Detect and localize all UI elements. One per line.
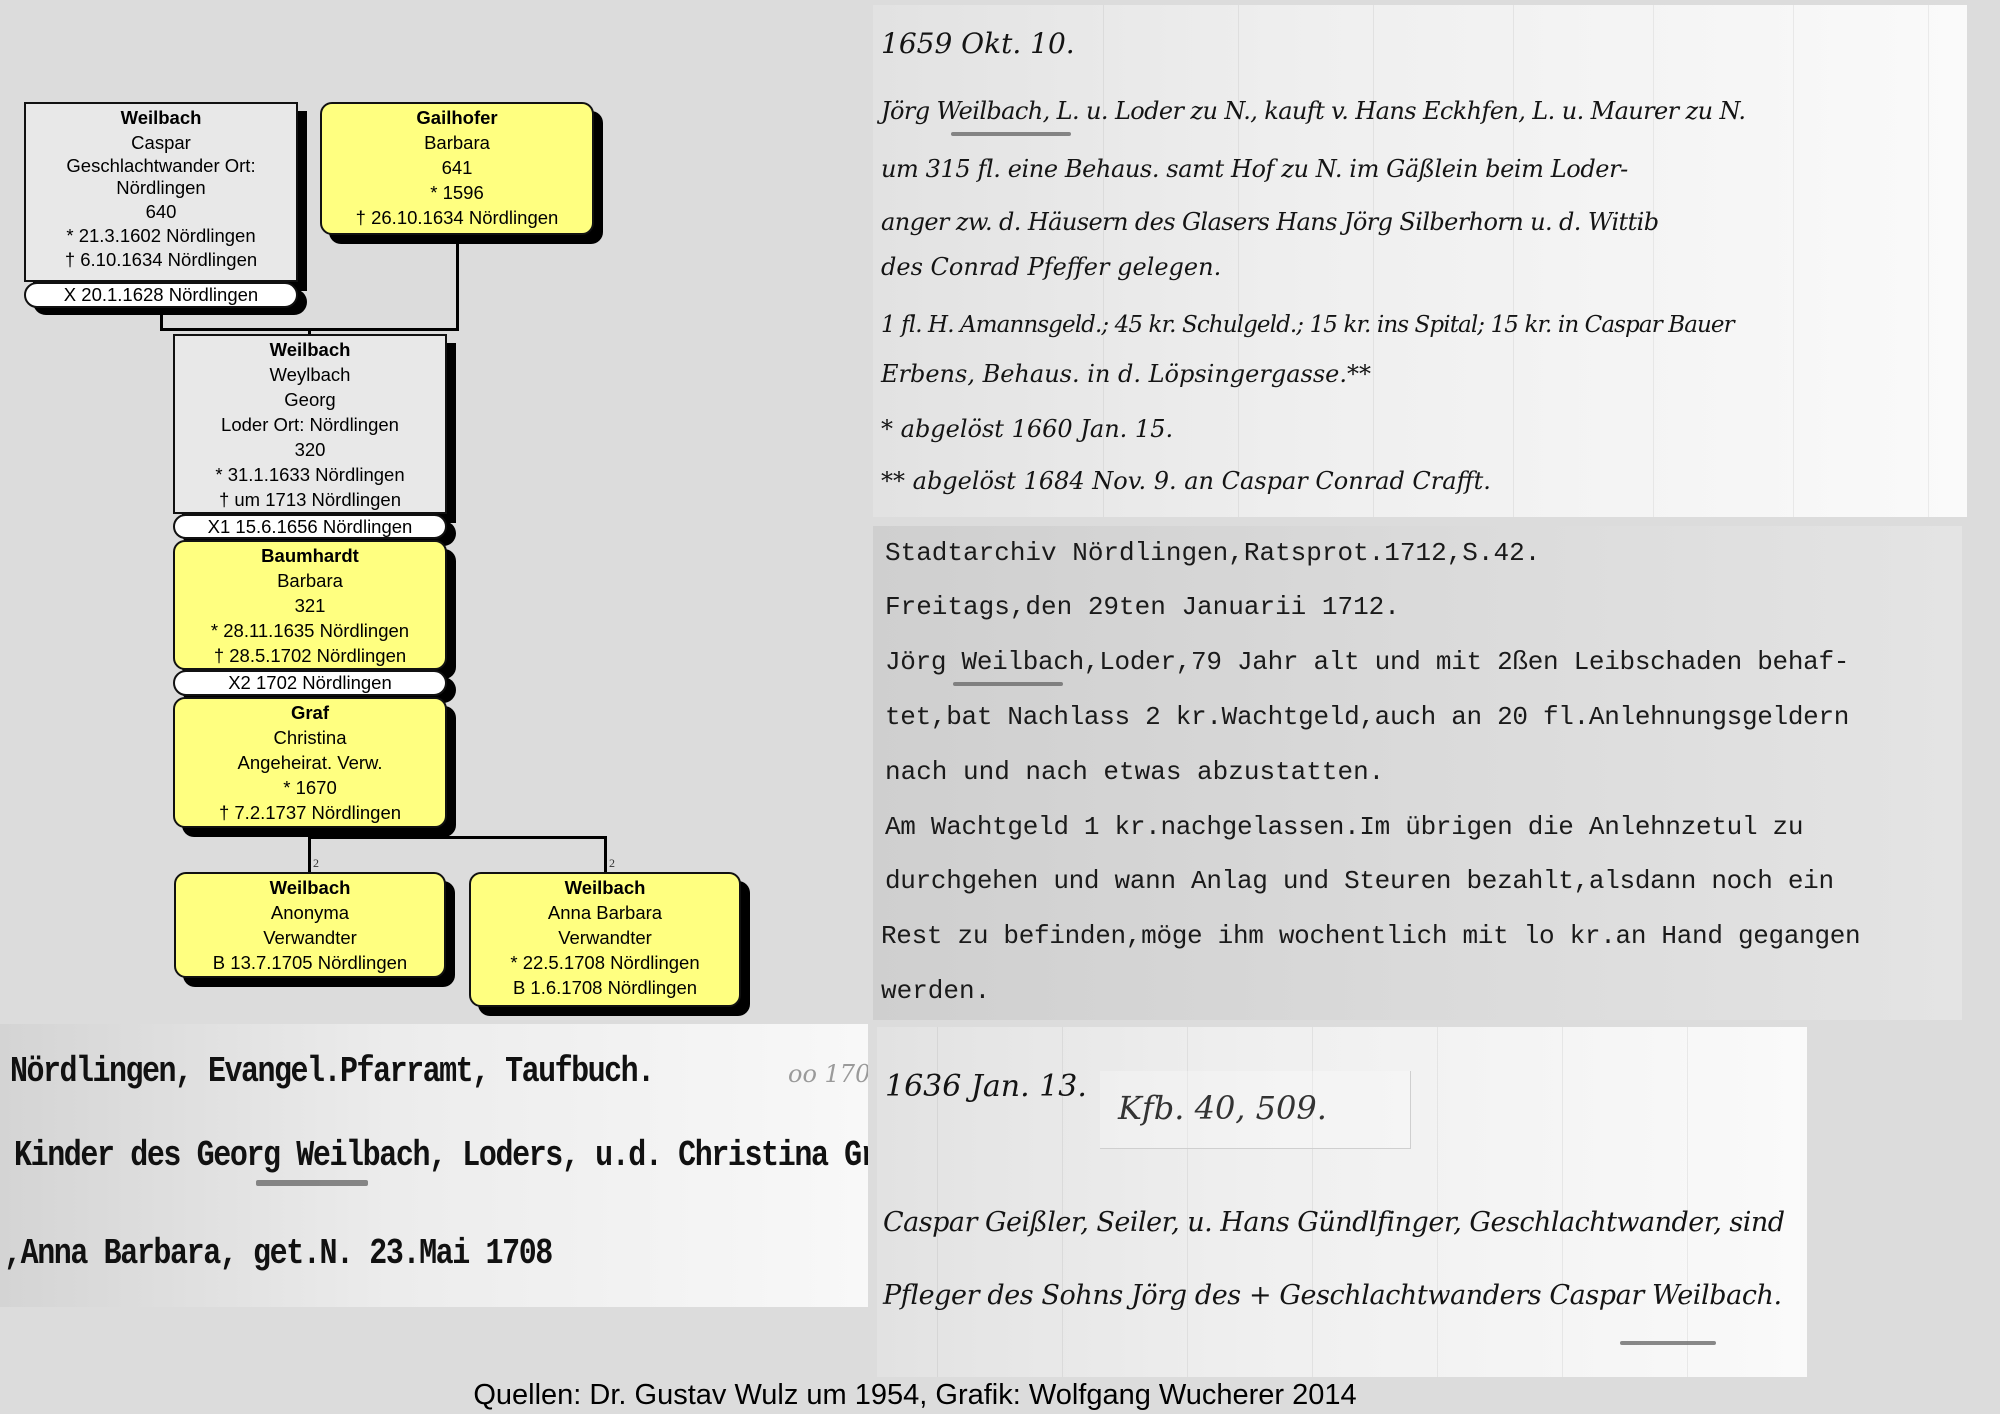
surname: Weilbach <box>175 337 445 362</box>
person-card-georg-weilbach[interactable]: Weilbach Weylbach Georg Loder Ort: Nördl… <box>173 334 447 514</box>
doc-line: werden. <box>881 976 990 1006</box>
birth-date: * 1596 <box>322 180 592 205</box>
connector-caspar-down <box>160 310 163 330</box>
doc-line: ,Anna Barbara, get.N. 23.Mai 1708 <box>4 1234 552 1275</box>
person-card-anonyma-weilbach[interactable]: Weilbach Anonyma Verwandter B 13.7.1705 … <box>174 872 446 978</box>
doc-line: Jörg Weilbach, L. u. Loder zu N., kauft … <box>881 97 1745 125</box>
doc-line: Freitags,den 29ten Januarii 1712. <box>885 592 1400 622</box>
document-typed-ratsprotokoll-1712: Stadtarchiv Nördlingen,Ratsprot.1712,S.4… <box>873 526 1962 1020</box>
doc-line: anger zw. d. Häusern des Glasers Hans Jö… <box>881 208 1659 236</box>
doc-line: Caspar Geißler, Seiler, u. Hans Gündlfin… <box>883 1207 1785 1238</box>
death-date: † 7.2.1737 Nördlingen <box>175 800 445 825</box>
doc-line: Stadtarchiv Nördlingen,Ratsprot.1712,S.4… <box>885 538 1540 568</box>
doc-line: Rest zu befinden,möge ihm wochentlich mi… <box>881 921 1860 951</box>
surname: Weilbach <box>471 875 739 900</box>
given-name: Anna Barbara <box>471 900 739 925</box>
doc-line: ** abgelöst 1684 Nov. 9. an Caspar Conra… <box>881 467 1491 495</box>
doc-line: Am Wachtgeld 1 kr.nachgelassen.Im übrige… <box>885 812 1803 842</box>
death-date: † 28.5.1702 Nördlingen <box>175 643 445 668</box>
burial-date: B 1.6.1708 Nördlingen <box>471 975 739 1000</box>
burial-date: B 13.7.1705 Nördlingen <box>176 950 444 975</box>
person-card-christina-graf[interactable]: Graf Christina Angeheirat. Verw. * 1670 … <box>173 697 447 828</box>
sources-caption: Quellen: Dr. Gustav Wulz um 1954, Grafik… <box>0 1378 1830 1412</box>
death-date: † um 1713 Nördlingen <box>175 487 445 512</box>
surname: Graf <box>175 700 445 725</box>
child-count-marker: 2 <box>609 856 615 871</box>
given-name: Barbara <box>322 130 592 155</box>
occupation: Geschlachtwander Ort: <box>26 155 296 177</box>
doc-line: Nördlingen, Evangel.Pfarramt, Taufbuch. <box>10 1052 654 1093</box>
doc-line: 1659 Okt. 10. <box>881 27 1075 60</box>
surname: Gailhofer <box>322 105 592 130</box>
relation: Angeheirat. Verw. <box>175 750 445 775</box>
given-name: Christina <box>175 725 445 750</box>
marriage-2-georg-christina: X2 1702 Nördlingen <box>173 670 447 696</box>
doc-line: Erbens, Behaus. in d. Löpsingergasse.** <box>881 360 1371 388</box>
given-name: Anonyma <box>176 900 444 925</box>
relation: Verwandter <box>471 925 739 950</box>
death-date: † 26.10.1634 Nördlingen <box>322 205 592 230</box>
doc-line: nach und nach etwas abzustatten. <box>885 757 1384 787</box>
surname: Weilbach <box>176 875 444 900</box>
doc-line: durchgehen und wann Anlag und Steuren be… <box>885 866 1834 896</box>
person-card-caspar-weilbach[interactable]: Weilbach Caspar Geschlachtwander Ort: Nö… <box>24 102 298 282</box>
alt-surname: Weylbach <box>175 362 445 387</box>
given-name: Caspar <box>26 130 296 155</box>
birth-date: * 28.11.1635 Nördlingen <box>175 618 445 643</box>
birth-date: * 31.1.1633 Nördlingen <box>175 462 445 487</box>
doc-line: Pfleger des Sohns Jörg des + Geschlachtw… <box>883 1280 1782 1311</box>
child-count-marker: 2 <box>313 856 319 871</box>
given-name: Georg <box>175 387 445 412</box>
connector-children-horizontal <box>308 836 607 839</box>
reference-text: Kfb. 40, 509. <box>1118 1089 1327 1127</box>
relation: Verwandter <box>176 925 444 950</box>
given-name: Barbara <box>175 568 445 593</box>
death-date: † 6.10.1634 Nördlingen <box>26 248 296 272</box>
person-card-anna-barbara-weilbach[interactable]: Weilbach Anna Barbara Verwandter * 22.5.… <box>469 872 741 1007</box>
place: Nördlingen <box>26 177 296 199</box>
doc-line: tet,bat Nachlass 2 kr.Wachtgeld,auch an … <box>885 702 1849 732</box>
person-card-barbara-baumhardt[interactable]: Baumhardt Barbara 321 * 28.11.1635 Nördl… <box>173 540 447 670</box>
document-handwritten-1659: 1659 Okt. 10. Jörg Weilbach, L. u. Loder… <box>873 5 1967 517</box>
marriage-caspar-barbara: X 20.1.1628 Nördlingen <box>24 282 298 308</box>
reference-label: Kfb. 40, 509. <box>1100 1071 1411 1149</box>
person-id: 320 <box>175 437 445 462</box>
doc-line: um 315 fl. eine Behaus. samt Hof zu N. i… <box>881 155 1628 183</box>
doc-line: 1 fl. H. Amannsgeld.; 45 kr. Schulgeld.;… <box>881 312 1734 338</box>
doc-line: Jörg Weilbach,Loder,79 Jahr alt und mit … <box>885 647 1849 677</box>
margin-note: oo 1702 <box>788 1060 868 1088</box>
document-handwritten-1636: 1636 Jan. 13. Kfb. 40, 509. Caspar Geißl… <box>877 1027 1807 1377</box>
birth-date: * 22.5.1708 Nördlingen <box>471 950 739 975</box>
birth-date: * 21.3.1602 Nördlingen <box>26 224 296 248</box>
doc-line: * abgelöst 1660 Jan. 15. <box>881 415 1173 443</box>
person-id: 321 <box>175 593 445 618</box>
connector-gailhofer-down <box>456 236 459 331</box>
person-card-barbara-gailhofer[interactable]: Gailhofer Barbara 641 * 1596 † 26.10.163… <box>320 102 594 235</box>
person-id: 641 <box>322 155 592 180</box>
doc-line: des Conrad Pfeffer gelegen. <box>881 253 1221 281</box>
doc-line: 1636 Jan. 13. <box>885 1069 1087 1104</box>
person-id: 640 <box>26 199 296 224</box>
doc-line: Kinder des Georg Weilbach, Loders, u.d. … <box>14 1136 868 1177</box>
surname: Baumhardt <box>175 543 445 568</box>
marriage-1-georg-barbara: X1 15.6.1656 Nördlingen <box>173 514 447 539</box>
surname: Weilbach <box>26 105 296 130</box>
occupation-place: Loder Ort: Nördlingen <box>175 412 445 437</box>
birth-date: * 1670 <box>175 775 445 800</box>
document-typed-taufbuch: Nördlingen, Evangel.Pfarramt, Taufbuch. … <box>0 1024 868 1307</box>
